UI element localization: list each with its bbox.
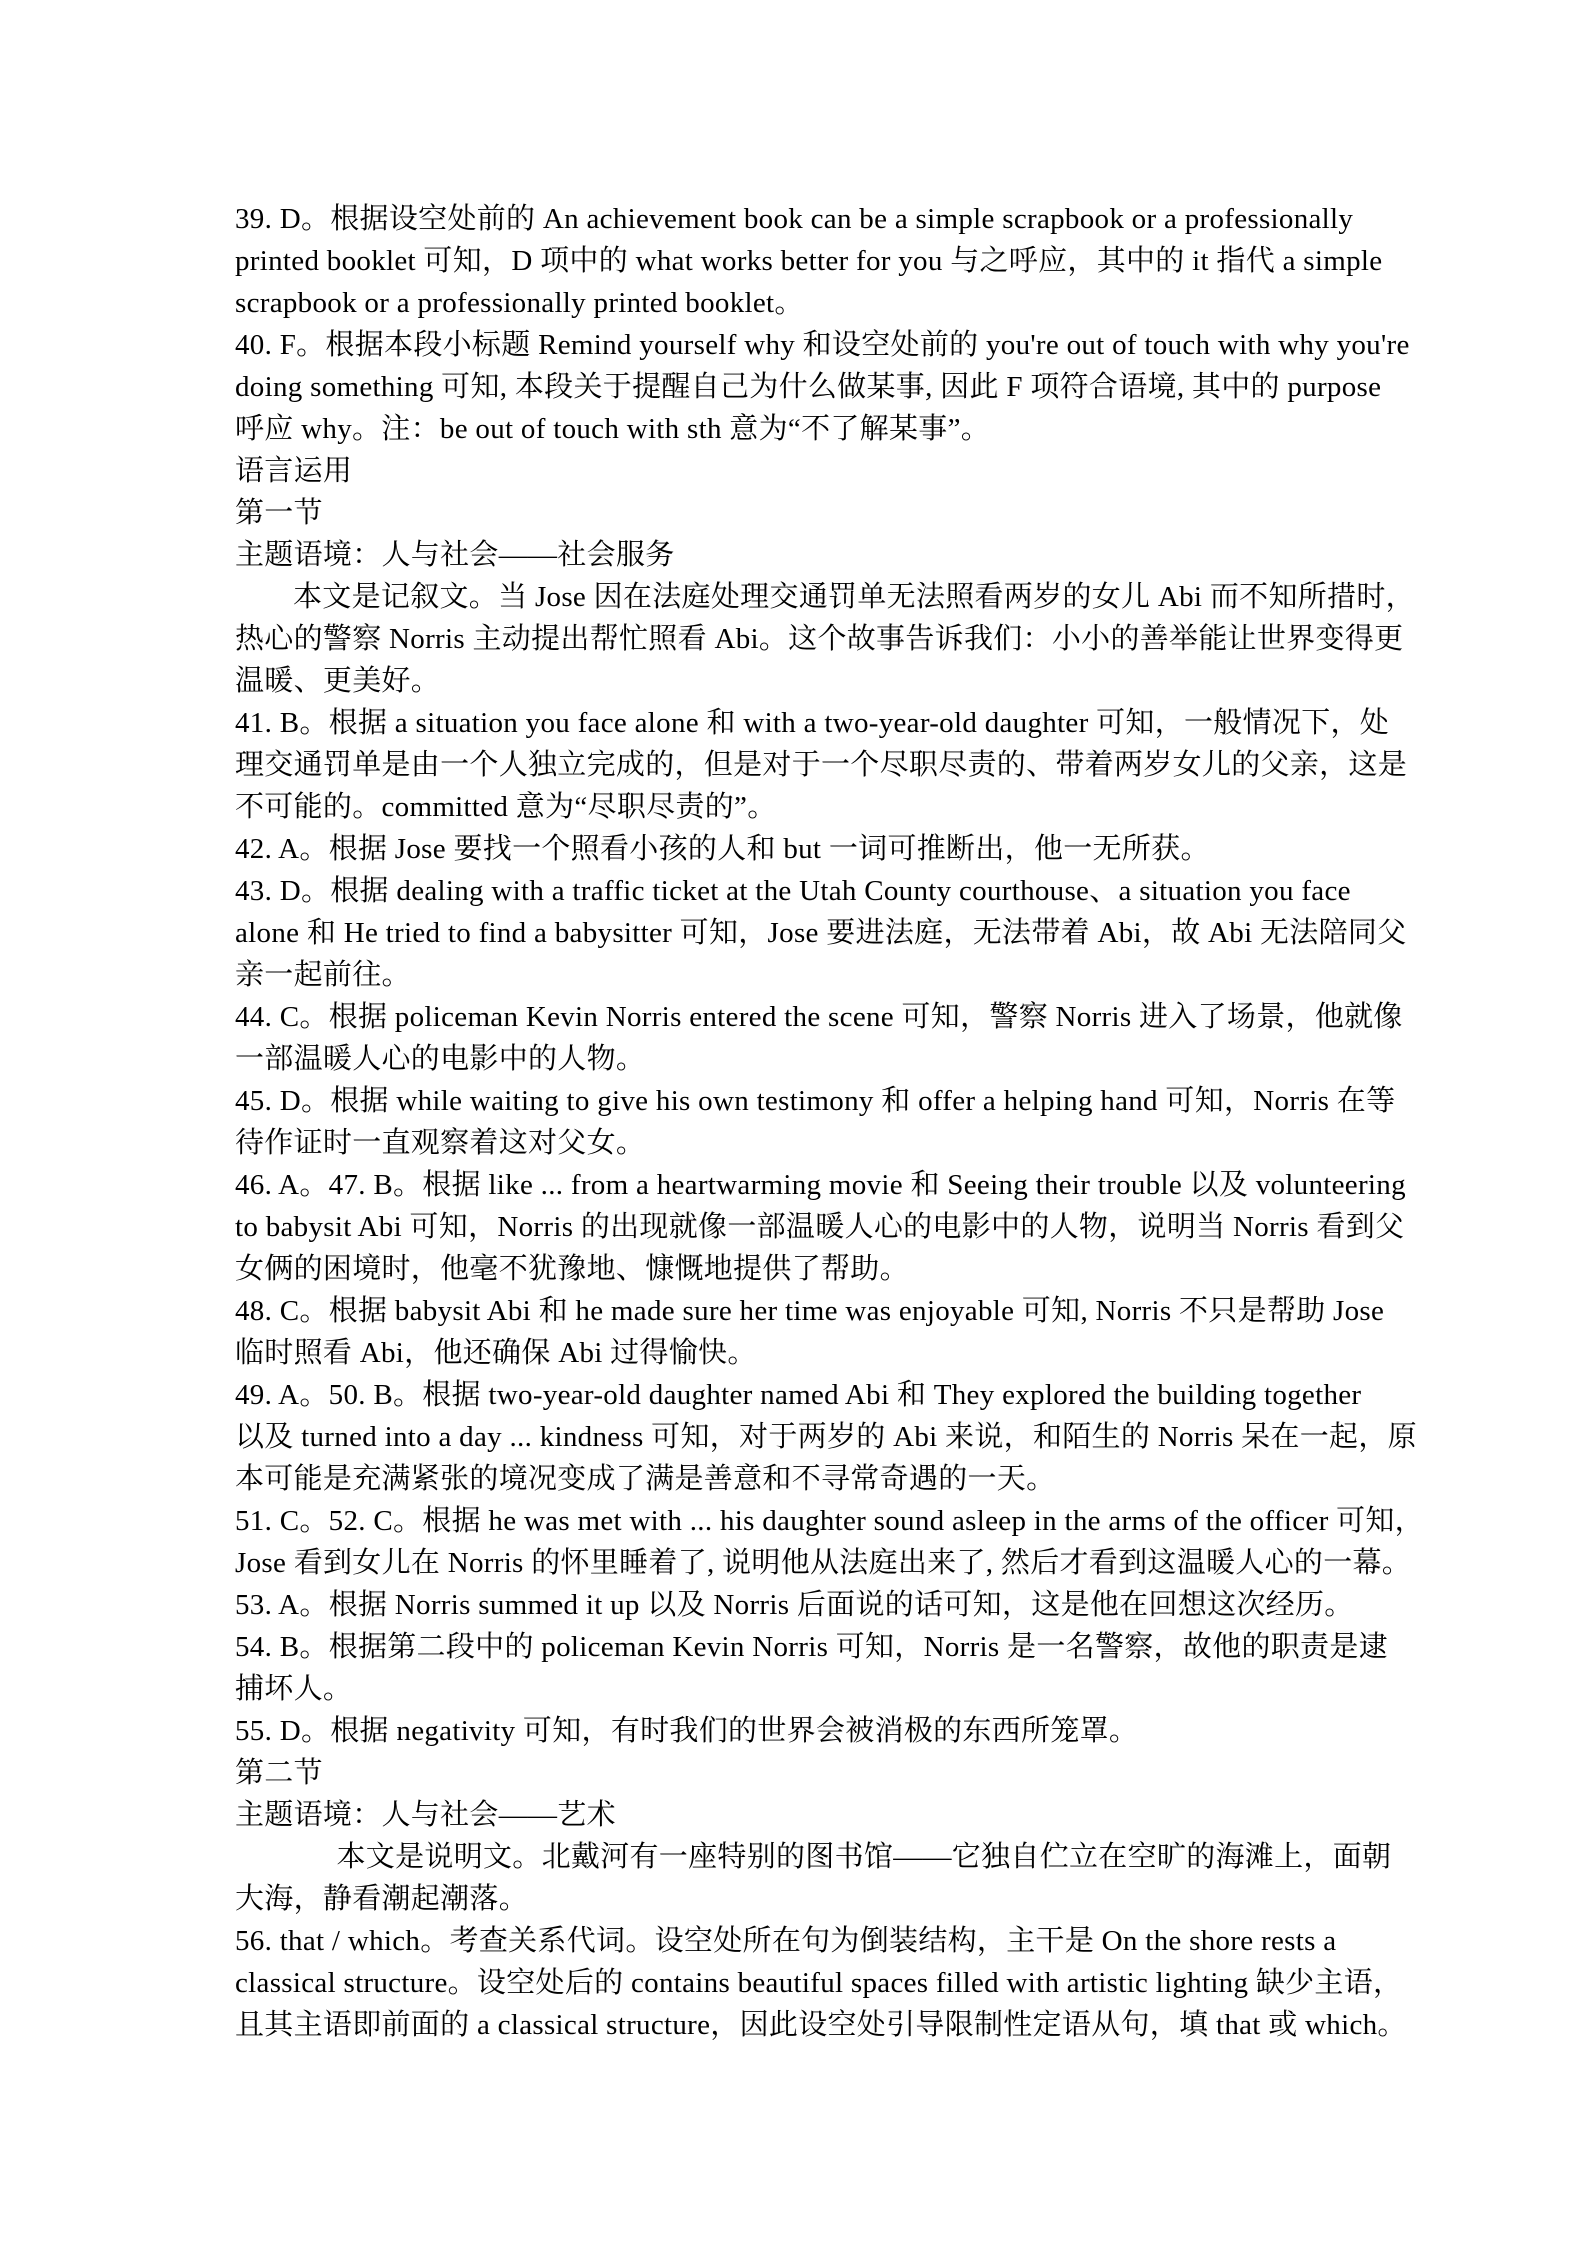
- text-line: classical structure。设空处后的 contains beaut…: [235, 1962, 1375, 2004]
- text-line: 48. C。根据 babysit Abi 和 he made sure her …: [235, 1290, 1375, 1332]
- text-line: to babysit Abi 可知，Norris 的出现就像一部温暖人心的电影中…: [235, 1206, 1375, 1248]
- paragraph: 56. that / which。考查关系代词。设空处所在句为倒装结构，主干是 …: [235, 1920, 1375, 2046]
- text-line: doing something 可知, 本段关于提醒自己为什么做某事, 因此 F…: [235, 366, 1375, 408]
- paragraph: 46. A。47. B。根据 like ... from a heartwarm…: [235, 1164, 1375, 1290]
- paragraph: 43. D。根据 dealing with a traffic ticket a…: [235, 870, 1375, 996]
- text-line: 51. C。52. C。根据 he was met with ... his d…: [235, 1500, 1375, 1542]
- text-line: 53. A。根据 Norris summed it up 以及 Norris 后…: [235, 1584, 1375, 1626]
- paragraph: 39. D。根据设空处前的 An achievement book can be…: [235, 198, 1375, 324]
- paragraph: 44. C。根据 policeman Kevin Norris entered …: [235, 996, 1375, 1080]
- paragraph: 42. A。根据 Jose 要找一个照看小孩的人和 but 一词可推断出，他一无…: [235, 828, 1375, 870]
- text-line: 待作证时一直观察着这对父女。: [235, 1122, 1375, 1164]
- text-line: 大海，静看潮起潮落。: [235, 1878, 1375, 1920]
- text-line: 55. D。根据 negativity 可知，有时我们的世界会被消极的东西所笼罩…: [235, 1710, 1375, 1752]
- text-line: 临时照看 Abi，他还确保 Abi 过得愉快。: [235, 1332, 1375, 1374]
- text-line: 捕坏人。: [235, 1668, 1375, 1710]
- answer-key-text-body: 39. D。根据设空处前的 An achievement book can be…: [235, 198, 1375, 2046]
- text-line: 41. B。根据 a situation you face alone 和 wi…: [235, 702, 1375, 744]
- document-page: { "colors": { "background": "#ffffff", "…: [0, 0, 1587, 2245]
- text-line: 语言运用: [235, 450, 1375, 492]
- text-line: 温暖、更美好。: [235, 660, 1375, 702]
- text-line: 46. A。47. B。根据 like ... from a heartwarm…: [235, 1164, 1375, 1206]
- paragraph: 本文是记叙文。当 Jose 因在法庭处理交通罚单无法照看两岁的女儿 Abi 而不…: [235, 576, 1375, 702]
- text-line: 理交通罚单是由一个人独立完成的，但是对于一个尽职尽责的、带着两岁女儿的父亲，这是: [235, 744, 1375, 786]
- paragraph: 40. F。根据本段小标题 Remind yourself why 和设空处前的…: [235, 324, 1375, 450]
- paragraph: 45. D。根据 while waiting to give his own t…: [235, 1080, 1375, 1164]
- text-line: 40. F。根据本段小标题 Remind yourself why 和设空处前的…: [235, 324, 1375, 366]
- text-line: alone 和 He tried to find a babysitter 可知…: [235, 912, 1375, 954]
- paragraph: 49. A。50. B。根据 two-year-old daughter nam…: [235, 1374, 1375, 1500]
- text-line: 56. that / which。考查关系代词。设空处所在句为倒装结构，主干是 …: [235, 1920, 1375, 1962]
- text-line: Jose 看到女儿在 Norris 的怀里睡着了, 说明他从法庭出来了, 然后才…: [235, 1542, 1375, 1584]
- text-line: 呼应 why。注：be out of touch with sth 意为“不了解…: [235, 408, 1375, 450]
- text-line: 本文是记叙文。当 Jose 因在法庭处理交通罚单无法照看两岁的女儿 Abi 而不…: [235, 576, 1375, 618]
- paragraph: 54. B。根据第二段中的 policeman Kevin Norris 可知，…: [235, 1626, 1375, 1710]
- paragraph: 55. D。根据 negativity 可知，有时我们的世界会被消极的东西所笼罩…: [235, 1710, 1375, 1752]
- text-line: 43. D。根据 dealing with a traffic ticket a…: [235, 870, 1375, 912]
- text-line: printed booklet 可知，D 项中的 what works bett…: [235, 240, 1375, 282]
- text-line: 且其主语即前面的 a classical structure，因此设空处引导限制…: [235, 2004, 1375, 2046]
- section-heading: 第一节: [235, 492, 1375, 534]
- paragraph: 本文是说明文。北戴河有一座特别的图书馆——它独自伫立在空旷的海滩上，面朝大海，静…: [235, 1836, 1375, 1920]
- text-line: 45. D。根据 while waiting to give his own t…: [235, 1080, 1375, 1122]
- text-line: 亲一起前往。: [235, 954, 1375, 996]
- text-line: 42. A。根据 Jose 要找一个照看小孩的人和 but 一词可推断出，他一无…: [235, 828, 1375, 870]
- text-line: 本文是说明文。北戴河有一座特别的图书馆——它独自伫立在空旷的海滩上，面朝: [235, 1836, 1375, 1878]
- paragraph: 53. A。根据 Norris summed it up 以及 Norris 后…: [235, 1584, 1375, 1626]
- text-line: scrapbook or a professionally printed bo…: [235, 282, 1375, 324]
- section-heading: 主题语境：人与社会——社会服务: [235, 534, 1375, 576]
- text-line: 第一节: [235, 492, 1375, 534]
- text-line: 一部温暖人心的电影中的人物。: [235, 1038, 1375, 1080]
- paragraph: 41. B。根据 a situation you face alone 和 wi…: [235, 702, 1375, 828]
- text-line: 主题语境：人与社会——艺术: [235, 1794, 1375, 1836]
- section-heading: 第二节: [235, 1752, 1375, 1794]
- paragraph: 48. C。根据 babysit Abi 和 he made sure her …: [235, 1290, 1375, 1374]
- text-line: 本可能是充满紧张的境况变成了满是善意和不寻常奇遇的一天。: [235, 1458, 1375, 1500]
- text-line: 以及 turned into a day ... kindness 可知，对于两…: [235, 1416, 1375, 1458]
- text-line: 44. C。根据 policeman Kevin Norris entered …: [235, 996, 1375, 1038]
- text-line: 49. A。50. B。根据 two-year-old daughter nam…: [235, 1374, 1375, 1416]
- paragraph: 51. C。52. C。根据 he was met with ... his d…: [235, 1500, 1375, 1584]
- section-heading: 主题语境：人与社会——艺术: [235, 1794, 1375, 1836]
- section-heading: 语言运用: [235, 450, 1375, 492]
- text-line: 女俩的困境时，他毫不犹豫地、慷慨地提供了帮助。: [235, 1248, 1375, 1290]
- text-line: 39. D。根据设空处前的 An achievement book can be…: [235, 198, 1375, 240]
- text-line: 热心的警察 Norris 主动提出帮忙照看 Abi。这个故事告诉我们：小小的善举…: [235, 618, 1375, 660]
- text-line: 不可能的。committed 意为“尽职尽责的”。: [235, 786, 1375, 828]
- text-line: 第二节: [235, 1752, 1375, 1794]
- text-line: 54. B。根据第二段中的 policeman Kevin Norris 可知，…: [235, 1626, 1375, 1668]
- text-line: 主题语境：人与社会——社会服务: [235, 534, 1375, 576]
